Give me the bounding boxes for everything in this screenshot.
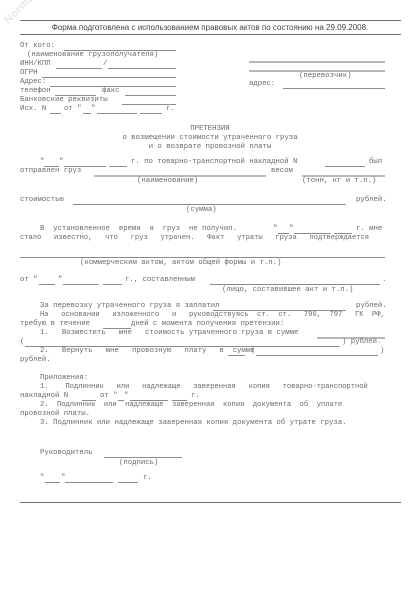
footer-rule [20, 502, 401, 503]
attachment-1-line2a: накладной N [20, 392, 68, 400]
outgoing-number-label: Исх. N [20, 105, 46, 113]
date-month-field[interactable] [65, 482, 113, 483]
claim-title: ПРЕТЕНЗИЯ [0, 125, 420, 133]
p2-year-suffix: г. мне [356, 225, 382, 233]
fax-label: факс [102, 87, 120, 95]
head-label: Руководитель [40, 449, 93, 457]
inn-field[interactable] [56, 68, 102, 69]
freight-refund-words-field[interactable] [256, 355, 378, 356]
p1-year-field[interactable] [109, 166, 127, 167]
inn-kpp-separator: / [103, 60, 107, 68]
attachment-1-line2d: г. [191, 392, 200, 400]
attachment-2-line2: провозной платы. [20, 410, 90, 418]
p1-line2: отправлен груз [20, 167, 81, 175]
demand-item-2: 2. Вернуть мне провозную плату в сумме [40, 347, 255, 355]
p1-quote-close: " [59, 158, 63, 166]
date-quote-close: " [61, 474, 65, 482]
attachment-1: 1. Подлинник или надлежаще заверенная ко… [40, 383, 368, 391]
carrier-caption: (перевозчик) [299, 72, 352, 80]
inn-kpp-label: ИНН/КПП [20, 60, 51, 68]
item2-line2: рублей. [20, 356, 51, 364]
date-day-field[interactable] [45, 482, 60, 483]
caption-person: (лицо, составившее акт и т.п.) [222, 286, 353, 294]
date-year-suffix: г. [143, 474, 152, 482]
carrier-address-field[interactable] [283, 88, 385, 89]
item1-paren-open: ( [20, 338, 24, 346]
sender-address-label: Адрес: [20, 78, 46, 86]
signature-field[interactable] [104, 457, 182, 458]
p5-line2a: требую в течение [20, 320, 90, 328]
p3-day-field[interactable] [39, 284, 55, 285]
p2-quote-open: " [273, 225, 277, 233]
p1-end: был [369, 158, 382, 166]
attachment-1-line2c: " [124, 392, 128, 400]
weight-label: весом [271, 167, 293, 175]
item2-paren-open: ( [251, 347, 255, 355]
outgoing-day-field[interactable] [83, 113, 91, 114]
kpp-field[interactable] [108, 68, 176, 69]
p4-suffix: рублей. [356, 302, 387, 310]
p5-line2b: дней с момента получения претензии: [131, 320, 284, 328]
attachments-heading: Приложения: [40, 374, 88, 382]
freight-refund-field[interactable] [228, 355, 245, 356]
caption-cargo-name: (наименование) [137, 177, 198, 185]
outgoing-quote: " [91, 105, 95, 113]
p2-text: В установленное время я груз не получил. [40, 225, 237, 233]
attachment-1-line2b: от " [100, 392, 118, 400]
header-bottom-rule [20, 34, 401, 35]
outgoing-year-field[interactable] [140, 113, 162, 114]
p4-text: За перевозку утраченного груза я заплати… [40, 302, 220, 310]
outgoing-from-label: от " [64, 105, 82, 113]
attachment-2: 2. Подлинник или надлежаще заверенная ко… [40, 401, 342, 409]
p3-quote-close: " [58, 276, 62, 284]
date-year-field[interactable] [118, 482, 138, 483]
caption-signature: (подпись) [119, 459, 158, 467]
cost-label: стоимостью [20, 196, 64, 204]
p1-quote-open: " [40, 158, 44, 166]
cargo-cost-field[interactable] [73, 204, 346, 205]
claim-subtitle-2: и о возврате провозной платы [0, 143, 420, 151]
from-label: От кого: [20, 42, 55, 50]
p2-quote-close: " [289, 225, 293, 233]
ogrn-label: ОГРН [20, 69, 38, 77]
p5-text: На основании изложенного и руководствуяс… [40, 311, 385, 319]
carrier-address-label: адрес: [249, 80, 275, 88]
item1-paren-close: ) рублей. [342, 338, 381, 346]
document-page: NormaCS.ru Форма подготовлена с использо… [0, 0, 420, 600]
attachment-3: 3. Подлинник или надлежаще заверенная ко… [40, 419, 347, 427]
item2-paren-close: ) [380, 347, 384, 355]
act-author-field[interactable] [210, 284, 380, 285]
outgoing-month-field[interactable] [97, 113, 137, 114]
caption-weight: (тонн, кг и т.п.) [302, 177, 376, 185]
from-caption: (наименование грузополучателя) [27, 51, 158, 59]
date-quote-open: " [40, 474, 44, 482]
cost-suffix: рублей. [356, 196, 387, 204]
p3-year-field[interactable] [103, 284, 122, 285]
p3-month-field[interactable] [63, 284, 99, 285]
evidence-act-field[interactable] [20, 257, 385, 258]
carrier-name-field-1[interactable] [249, 61, 385, 63]
fax-field[interactable] [125, 95, 176, 96]
p3-from: от " [20, 276, 38, 284]
header-notice: Форма подготовлена с использованием прав… [20, 23, 400, 32]
claim-subtitle-1: о возмещении стоимости утраченного груза [0, 134, 420, 142]
p3-end: . [382, 276, 386, 284]
p1-text: г. по товарно-транспортной накладной N [131, 158, 297, 166]
waybill-number-field[interactable] [325, 166, 365, 167]
caption-sum: (сумма) [186, 206, 217, 214]
p3-text: г., составленным [125, 276, 195, 284]
caption-act: (коммерческим актом, актом общей формы и… [80, 259, 281, 267]
p2-line2: стало известно, что груз утрачен. Факт у… [20, 234, 369, 242]
outgoing-year-suffix: г. [166, 105, 175, 113]
ogrn-field[interactable] [42, 77, 176, 78]
outgoing-number-field[interactable] [50, 113, 61, 114]
bank-details-label: Банковские реквизиты [20, 96, 108, 104]
header-top-rule [20, 20, 401, 21]
demand-item-1: 1. Возместить мне стоимость утраченного … [40, 329, 298, 337]
phone-label: телефон [20, 87, 51, 95]
